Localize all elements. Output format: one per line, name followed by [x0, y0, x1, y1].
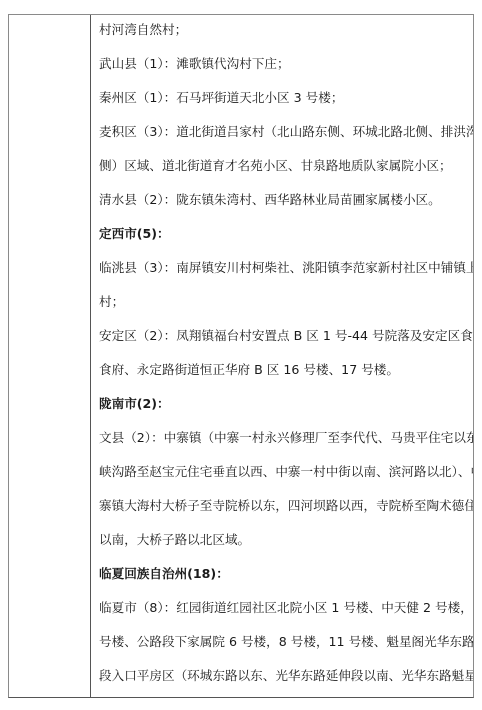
text-line: 侧）区域、道北街道育才名苑小区、甘泉路地质队家属院小区； — [99, 149, 465, 183]
text-line: 村； — [99, 285, 465, 319]
section-heading-dingxi: 定西市(5)： — [99, 217, 465, 251]
document-table: 村河湾自然村； 武山县（1）：滩歌镇代沟村下庄； 秦州区（1）：石马坪街道天北小… — [8, 14, 474, 698]
text-line: 食府、永定路街道恒正华府 B 区 16 号楼、17 号楼。 — [99, 353, 465, 387]
text-line: 文县（2）：中寨镇（中寨一村永兴修理厂至李代代、马贵平住宅以东、 — [99, 421, 465, 455]
text-line: 段入口平房区（环城东路以东、光华东路延伸段以南、光华东路魁星阁 — [99, 659, 465, 693]
text-line: 寨镇大海村大桥子至寺院桥以东，四河坝路以西，寺院桥至陶术德住宅 — [99, 489, 465, 523]
text-line: 武山县（1）：滩歌镇代沟村下庄； — [99, 47, 465, 81]
text-line: 麦积区（3）：道北街道吕家村（北山路东侧、环城北路北侧、排洪沟西 — [99, 115, 465, 149]
text-line: 峡沟路至赵宝元住宅垂直以西、中寨一村中街以南、滨河路以北）、中 — [99, 455, 465, 489]
table-left-cell — [9, 15, 91, 697]
text-line: 临洮县（3）：南屏镇安川村柯柴社、洮阳镇李范家新村社区中铺镇上铺 — [99, 251, 465, 285]
text-line: 村河湾自然村； — [99, 15, 465, 47]
text-line: 临夏市（8）：红园街道红园社区北院小区 1 号楼、中天健 2 号楼，3 — [99, 591, 465, 625]
table-content-cell: 村河湾自然村； 武山县（1）：滩歌镇代沟村下庄； 秦州区（1）：石马坪街道天北小… — [91, 15, 473, 697]
text-line: 秦州区（1）：石马坪街道天北小区 3 号楼； — [99, 81, 465, 115]
text-line: 以南，大桥子路以北区域。 — [99, 523, 465, 557]
text-line: 号楼、公路段下家属院 6 号楼，8 号楼，11 号楼、魁星阁光华东路延伸 — [99, 625, 465, 659]
section-heading-linxia: 临夏回族自治州(18)： — [99, 557, 465, 591]
section-heading-longnan: 陇南市(2)： — [99, 387, 465, 421]
text-line: 安定区（2）：凤翔镇福台村安置点 B 区 1 号-44 号院落及安定区食景天 — [99, 319, 465, 353]
text-line: 清水县（2）：陇东镇朱湾村、西华路林业局苗圃家属楼小区。 — [99, 183, 465, 217]
